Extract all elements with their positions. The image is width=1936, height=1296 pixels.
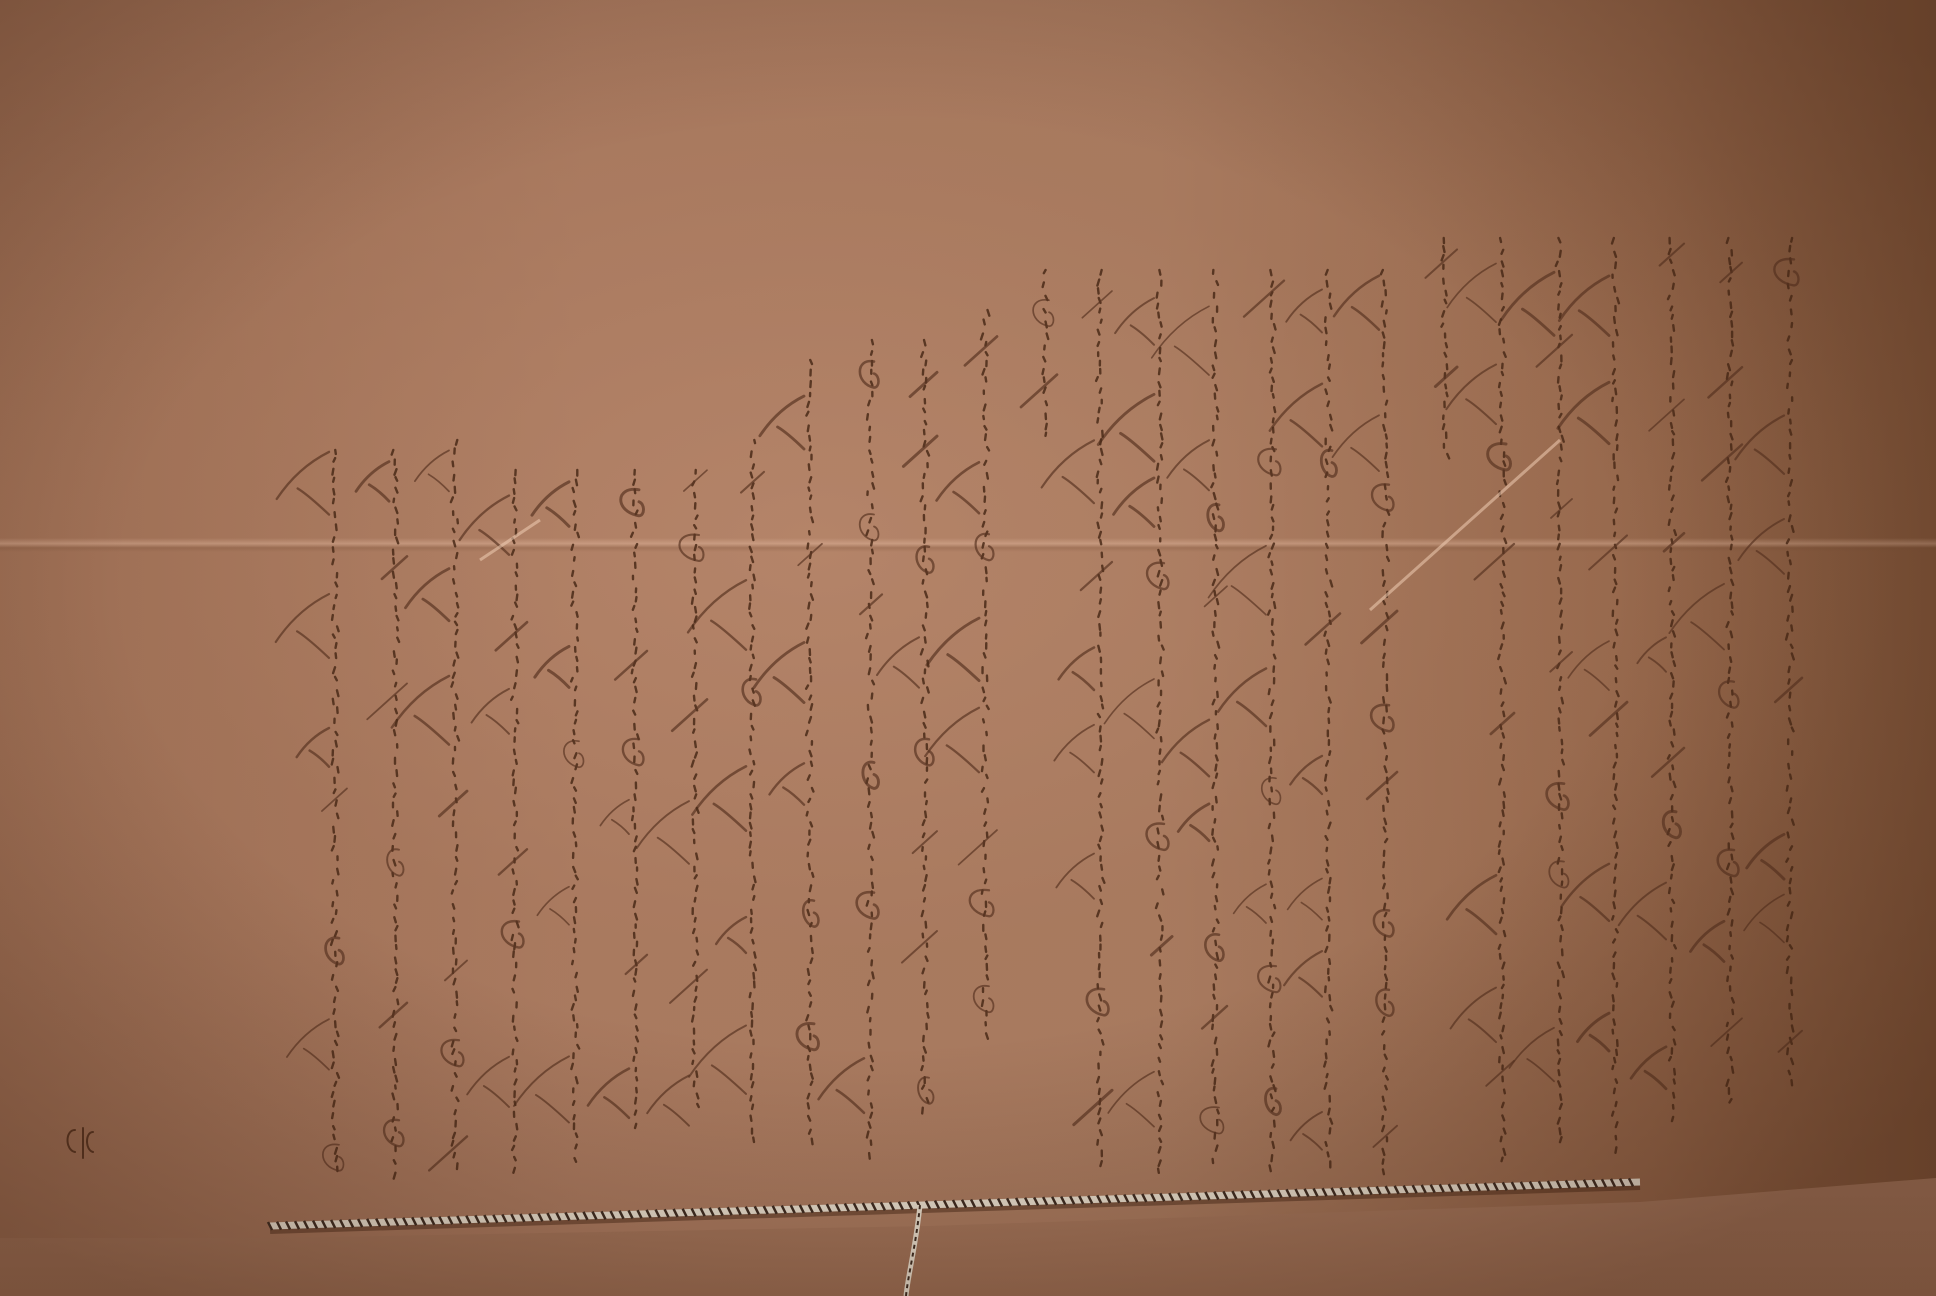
manuscript-photo — [0, 0, 1936, 1296]
binding-cord — [0, 0, 1936, 1296]
